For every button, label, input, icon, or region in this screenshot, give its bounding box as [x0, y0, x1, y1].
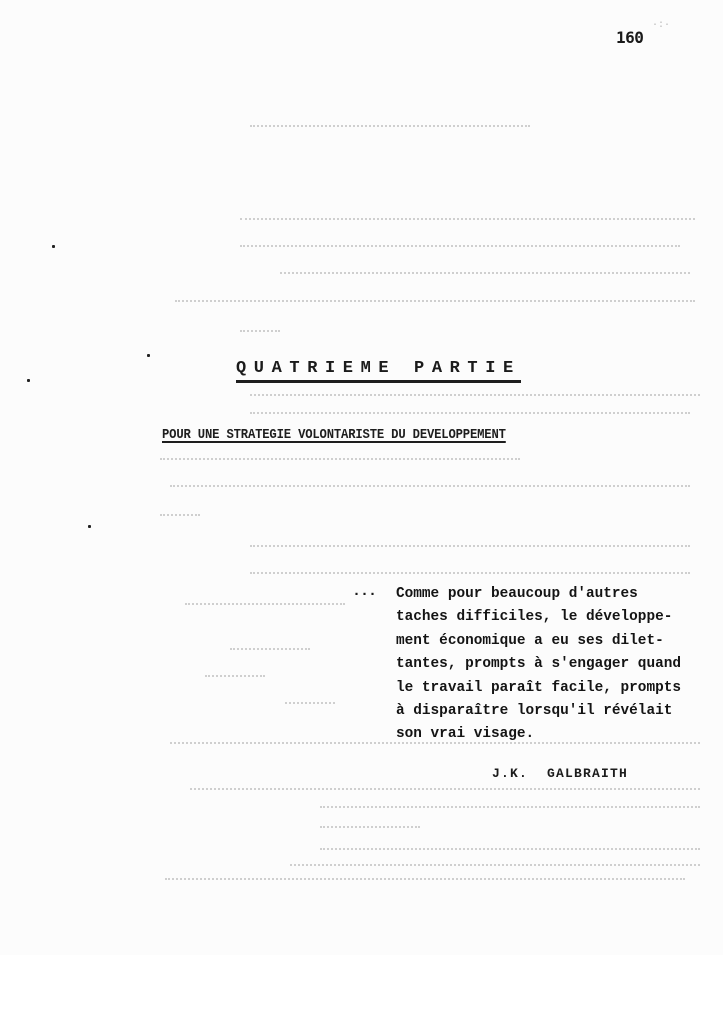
epigraph-line: son vrai visage. — [396, 723, 681, 746]
epigraph-attribution: J.K. GALBRAITH — [492, 766, 628, 781]
scanned-page: 160 ·:· QUATRIEME PARTIE POUR UNE STRATE… — [0, 0, 723, 955]
epigraph-line: le travail paraît facile, prompts — [396, 677, 681, 700]
epigraph-line: tantes, prompts à s'engager quand — [396, 653, 681, 676]
scan-speck — [88, 525, 91, 528]
epigraph-line: ment économique a eu ses dilet- — [396, 630, 681, 653]
epigraph-line: taches difficiles, le développe- — [396, 606, 681, 629]
part-heading: QUATRIEME PARTIE — [236, 360, 521, 383]
scan-speck — [52, 245, 55, 248]
epigraph-text: Comme pour beaucoup d'autres taches diff… — [396, 583, 681, 747]
bleed-through-mark: ·:· — [652, 20, 670, 31]
page-number: 160 — [616, 28, 643, 47]
epigraph-leader: ... — [352, 583, 376, 600]
scan-speck — [147, 354, 150, 357]
epigraph-line: Comme pour beaucoup d'autres — [396, 583, 681, 606]
part-subtitle: POUR UNE STRATEGIE VOLONTARISTE DU DEVEL… — [162, 428, 506, 443]
scan-speck — [27, 379, 30, 382]
epigraph-line: à disparaître lorsqu'il révélait — [396, 700, 681, 723]
